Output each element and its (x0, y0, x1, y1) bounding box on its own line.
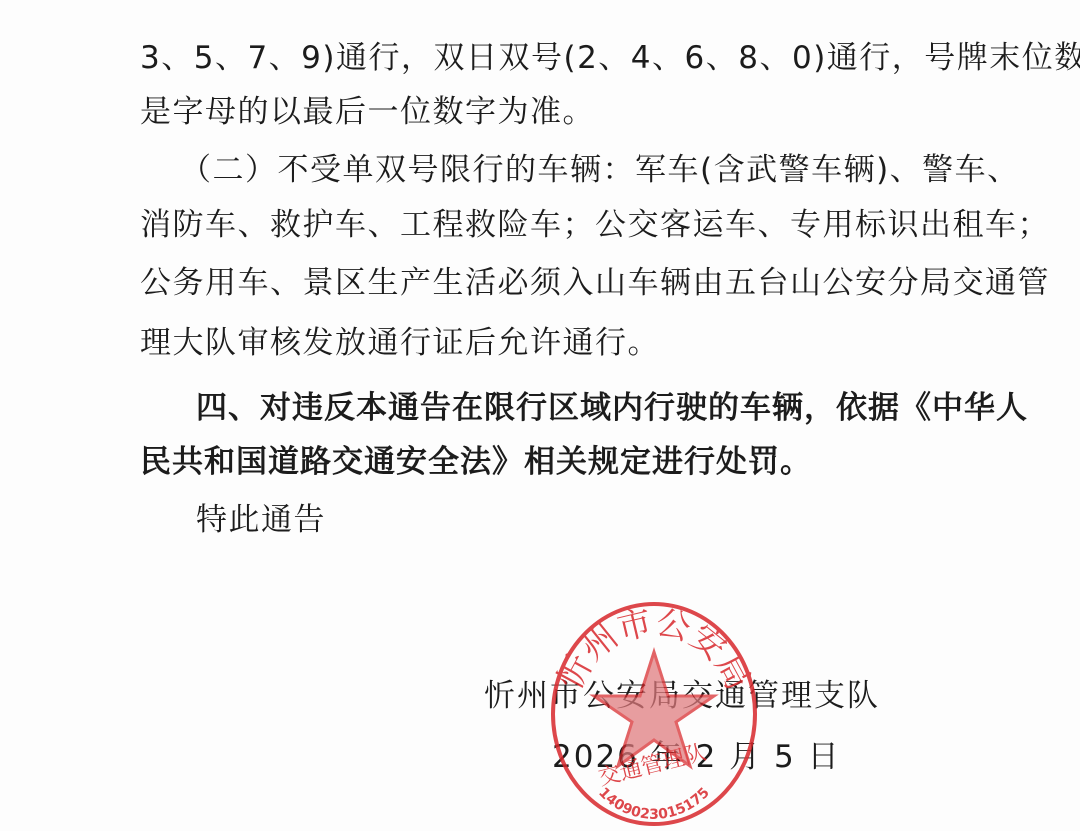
clause-two-heading-line: （二）不受单双号限行的车辆：军车(含武警车辆)、警车、 (180, 150, 1020, 190)
official-seal: 忻州市公安局 交通管理队 1409023015175 (548, 600, 760, 828)
body-line-5: 公务用车、景区生产生活必须入山车辆由五台山公安分局交通管 (140, 263, 1050, 303)
body-line-6: 理大队审核发放通行证后允许通行。 (140, 323, 660, 363)
body-line-4: 消防车、救护车、工程救险车；公交客运车、专用标识出租车； (140, 205, 1050, 245)
section-four-line: 四、对违反本通告在限行区域内行驶的车辆，依据《中华人 (196, 388, 1028, 428)
notice-document-page: 3、5、7、9)通行，双日双号(2、4、6、8、0)通行，号牌末位数 是字母的以… (0, 0, 1080, 831)
seal-center-text: 交通管理队 (596, 740, 709, 791)
body-line-1: 3、5、7、9)通行，双日双号(2、4、6、8、0)通行，号牌末位数 (140, 38, 1080, 78)
seal-serial-number: 1409023015175 (595, 785, 713, 823)
closing-phrase: 特此通告 (196, 500, 326, 540)
body-line-2: 是字母的以最后一位数字为准。 (140, 92, 595, 132)
section-four-continuation: 民共和国道路交通安全法》相关规定进行处罚。 (140, 442, 812, 482)
